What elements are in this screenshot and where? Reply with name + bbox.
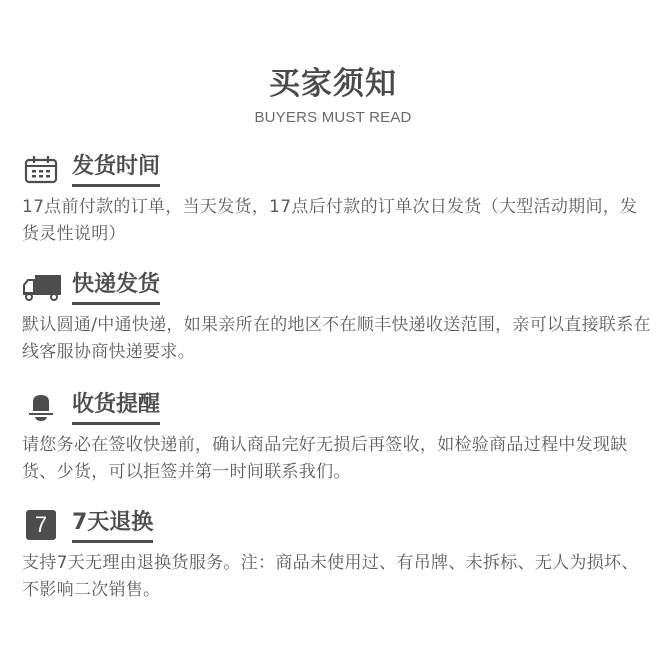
bell-icon — [24, 392, 58, 422]
section-title: 发货时间 — [72, 152, 160, 187]
number-seven-icon: 7 — [26, 510, 56, 540]
section-header: 7 7天退换 — [22, 506, 652, 546]
section-seven-day-return: 7 7天退换 支持7天无理由退换货服务。注：商品未使用过、有吊牌、未拆标、无人为… — [22, 506, 652, 604]
section-receipt-reminder: 收货提醒 请您务必在签收快递前，确认商品完好无损后再签收，如检验商品过程中发现缺… — [22, 388, 652, 486]
section-title: 快递发货 — [72, 270, 160, 305]
section-title: 7天退换 — [72, 508, 153, 543]
page-header: 买家须知 BUYERS MUST READ — [0, 64, 666, 128]
page-title: 买家须知 — [0, 64, 666, 104]
truck-icon — [22, 272, 62, 302]
page-subtitle: BUYERS MUST READ — [0, 108, 666, 128]
section-body: 默认圆通/中通快递，如果亲所在的地区不在顺丰快递收送范围，亲可以直接联系在线客服… — [22, 312, 652, 366]
section-header: 收货提醒 — [22, 388, 652, 428]
section-shipping-time: 发货时间 17点前付款的订单，当天发货，17点后付款的订单次日发货（大型活动期间… — [22, 150, 652, 248]
section-title: 收货提醒 — [72, 390, 160, 425]
section-header: 发货时间 — [22, 150, 652, 190]
section-body: 17点前付款的订单，当天发货，17点后付款的订单次日发货（大型活动期间，发货灵性… — [22, 194, 652, 248]
calendar-icon — [24, 154, 58, 184]
section-body: 支持7天无理由退换货服务。注：商品未使用过、有吊牌、未拆标、无人为损坏、不影响二… — [22, 550, 652, 604]
section-express-delivery: 快递发货 默认圆通/中通快递，如果亲所在的地区不在顺丰快递收送范围，亲可以直接联… — [22, 268, 652, 366]
section-header: 快递发货 — [22, 268, 652, 308]
section-body: 请您务必在签收快递前，确认商品完好无损后再签收，如检验商品过程中发现缺货、少货，… — [22, 432, 652, 486]
